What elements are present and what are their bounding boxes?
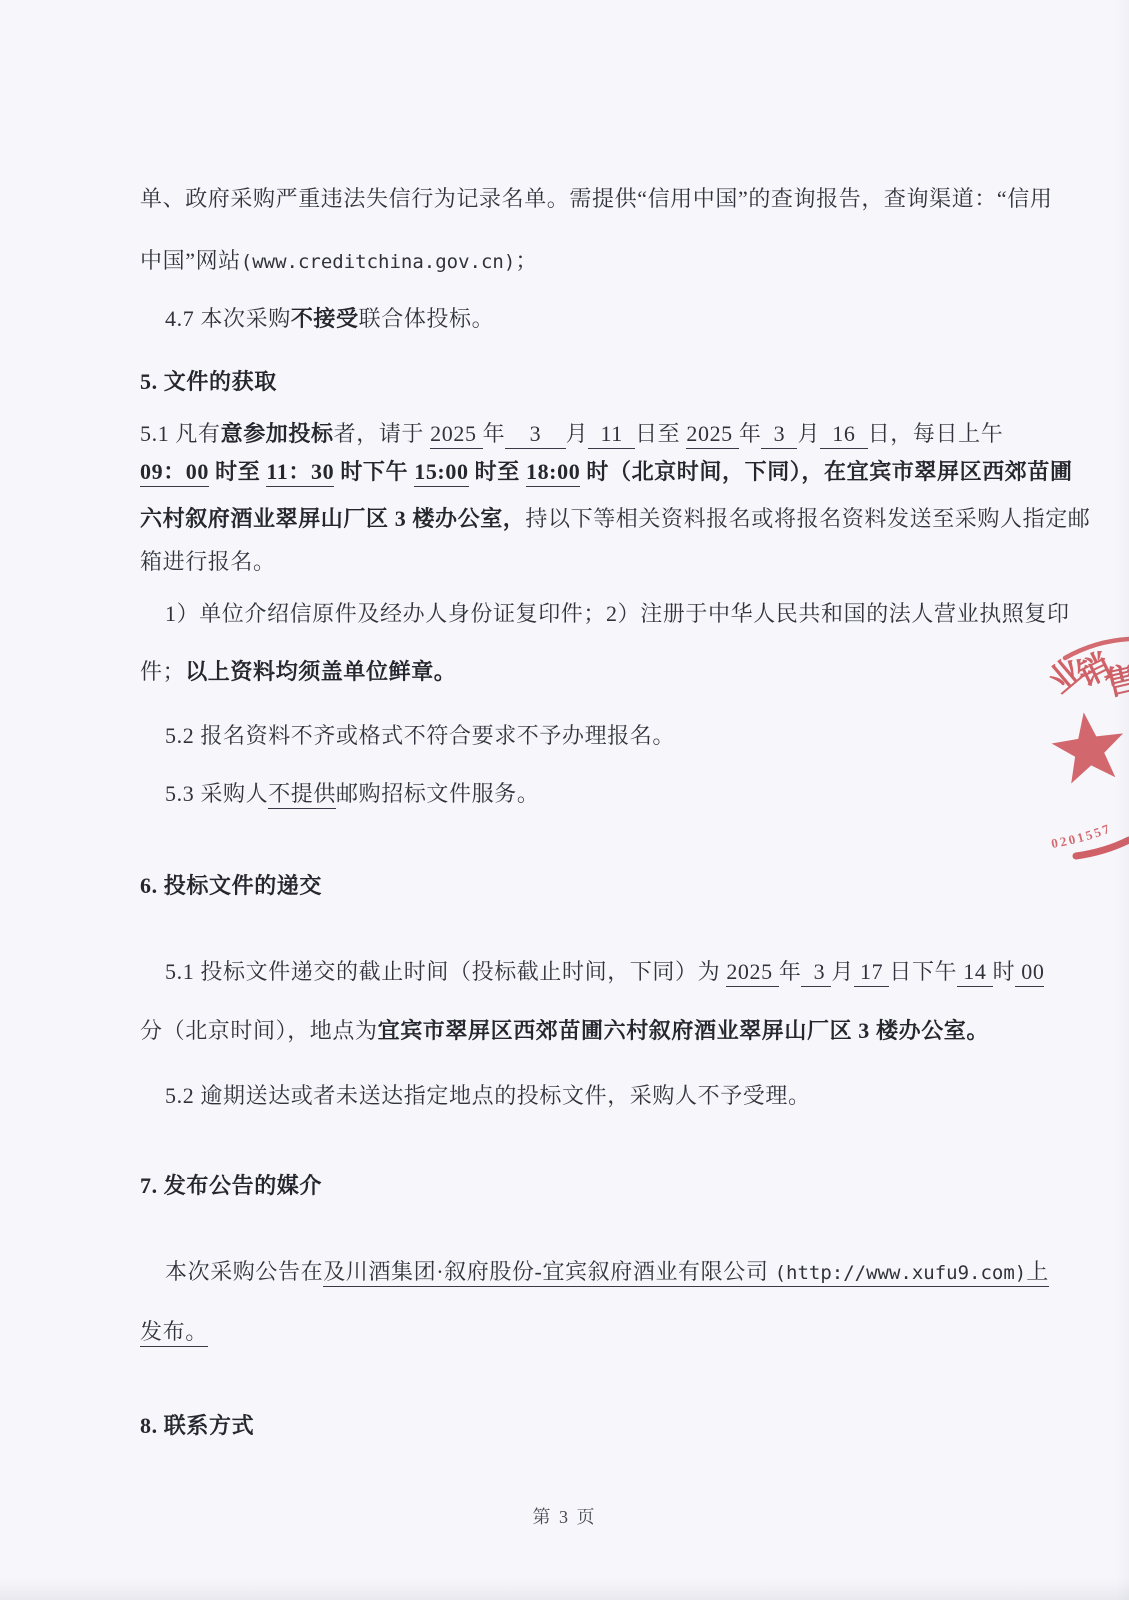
- document-line: 分（北京时间），地点为宜宾市翠屏区西郊苗圃六村叙府酒业翠屏山厂区 3 楼办公室。: [140, 1017, 989, 1045]
- stamp-top-arc: [1065, 639, 1129, 658]
- text-segment: 2025: [430, 421, 483, 449]
- stamp-star-icon: [1048, 707, 1129, 785]
- text-segment: 分（北京时间），地点为: [140, 1018, 378, 1043]
- stamp-serial: 0201557: [1050, 820, 1114, 851]
- text-segment: 不接受: [291, 306, 359, 331]
- document-line: 7. 发布公告的媒介: [140, 1172, 322, 1200]
- text-segment: 时（北京时间，下同），: [580, 459, 824, 484]
- text-segment: 持以下等相关资料报名或将报名资料发送至采购人指定邮: [525, 506, 1090, 531]
- text-segment: 联合体投标。: [359, 306, 495, 331]
- document-line: 4.7 本次采购不接受联合体投标。: [165, 305, 494, 333]
- text-segment: 在宜宾市翠屏区西郊苗圃: [824, 459, 1073, 484]
- document-line: 中国”网站(www.creditchina.gov.cn)；: [140, 247, 538, 276]
- document-line: 5. 文件的获取: [140, 368, 277, 396]
- document-page: 单、政府采购严重违法失信行为记录名单。需提供“信用中国”的查询报告，查询渠道：“…: [0, 0, 1129, 1600]
- document-line: 5.2 报名资料不齐或格式不符合要求不予办理报名。: [165, 722, 675, 750]
- text-segment: (http://www.xufu9.com): [775, 1262, 1027, 1287]
- text-segment: 日下午: [889, 959, 957, 984]
- document-line: 5.1 投标文件递交的截止时间（投标截止时间，下同）为 2025 年 3 月 1…: [165, 958, 1044, 986]
- text-segment: 年: [739, 421, 762, 446]
- text-segment: (www.creditchina.gov.cn): [241, 251, 516, 273]
- text-segment: 11：30: [266, 459, 334, 487]
- text-segment: 14: [957, 959, 992, 987]
- text-segment: 16: [820, 421, 868, 449]
- text-segment: 5. 文件的获取: [140, 369, 277, 394]
- stamp-char: 销: [1071, 647, 1117, 695]
- stamp-char: 业: [1042, 652, 1090, 701]
- document-line: 6. 投标文件的递交: [140, 872, 322, 900]
- document-line: 09：00 时至 11：30 时下午 15:00 时至 18:00 时（北京时间…: [140, 458, 1073, 486]
- text-segment: 月: [566, 421, 589, 446]
- text-segment: 时下午: [334, 459, 414, 484]
- text-segment: 六村叙府酒业翠屏山厂区 3 楼办公室，: [140, 506, 525, 531]
- text-segment: 11: [588, 421, 635, 449]
- text-segment: 日至: [635, 421, 686, 446]
- text-segment: 5.1 投标文件递交的截止时间（投标截止时间，下同）为: [165, 959, 726, 984]
- text-segment: 月: [831, 959, 854, 984]
- text-segment: 5.3 采购人: [165, 781, 268, 806]
- text-segment: 件；: [140, 659, 185, 684]
- text-segment: 15:00: [414, 459, 468, 487]
- document-line: 5.2 逾期送达或者未送达指定地点的投标文件，采购人不予受理。: [165, 1082, 811, 1110]
- text-segment: 不提供: [268, 781, 336, 809]
- document-line: 发布。: [140, 1318, 208, 1346]
- document-line: 1）单位介绍信原件及经办人身份证复印件；2）注册于中华人民共和国的法人营业执照复…: [165, 600, 1070, 628]
- text-segment: 5.2 逾期送达或者未送达指定地点的投标文件，采购人不予受理。: [165, 1083, 811, 1108]
- text-segment: 者，请于: [334, 421, 431, 446]
- red-stamp-graphic: 业 销 售 0201557: [1000, 600, 1129, 880]
- text-segment: 日，每日上午: [868, 421, 1004, 446]
- text-segment: 5.2 报名资料不齐或格式不符合要求不予办理报名。: [165, 723, 675, 748]
- document-line: 单、政府采购严重违法失信行为记录名单。需提供“信用中国”的查询报告，查询渠道：“…: [140, 185, 1053, 213]
- text-segment: 本次采购公告在: [165, 1259, 323, 1284]
- text-segment: 上: [1026, 1259, 1049, 1287]
- text-segment: 时至: [469, 459, 526, 484]
- text-segment: 单、政府采购严重违法失信行为记录名单。需提供“信用中国”的查询报告，查询渠道：“…: [140, 186, 1053, 211]
- text-segment: 宜宾市翠屏区西郊苗圃六村叙府酒业翠屏山厂区 3 楼办公室。: [378, 1018, 989, 1043]
- document-line: 件；以上资料均须盖单位鲜章。: [140, 658, 456, 686]
- text-segment: 00: [1015, 959, 1044, 987]
- text-segment: ；: [515, 248, 538, 273]
- text-segment: 及川酒集团·叙府股份-宜宾叙府酒业有限公司: [323, 1259, 774, 1287]
- document-line: 本次采购公告在及川酒集团·叙府股份-宜宾叙府酒业有限公司 (http://www…: [165, 1258, 1049, 1287]
- text-segment: 7. 发布公告的媒介: [140, 1173, 322, 1198]
- text-segment: 3: [801, 959, 831, 987]
- document-line: 箱进行报名。: [140, 548, 276, 576]
- document-line: 5.1 凡有意参加投标者，请于 2025 年 3 月 11 日至 2025 年 …: [140, 420, 1003, 448]
- text-segment: 2025: [686, 421, 739, 449]
- stamp-bottom-arc: [1076, 840, 1129, 856]
- document-line: 8. 联系方式: [140, 1412, 254, 1440]
- text-segment: 6. 投标文件的递交: [140, 873, 322, 898]
- text-segment: 3: [761, 421, 797, 449]
- document-line: 六村叙府酒业翠屏山厂区 3 楼办公室，持以下等相关资料报名或将报名资料发送至采购…: [140, 505, 1090, 533]
- text-segment: 18:00: [526, 459, 580, 487]
- text-segment: 时: [993, 959, 1016, 984]
- text-segment: 中国”网站: [140, 248, 241, 273]
- text-segment: 4.7 本次采购: [165, 306, 291, 331]
- text-segment: 17: [854, 959, 889, 987]
- document-line: 5.3 采购人不提供邮购招标文件服务。: [165, 780, 539, 808]
- text-segment: 意参加投标: [221, 421, 334, 446]
- text-segment: 8. 联系方式: [140, 1413, 254, 1438]
- text-segment: 时至: [209, 459, 266, 484]
- text-segment: 箱进行报名。: [140, 549, 276, 574]
- text-segment: 09：00: [140, 459, 209, 487]
- text-segment: 2025: [726, 959, 779, 987]
- text-segment: 3: [505, 421, 565, 449]
- red-stamp: 业 销 售 0201557: [1000, 600, 1129, 880]
- text-segment: 以上资料均须盖单位鲜章。: [185, 659, 456, 684]
- text-segment: 年: [779, 959, 802, 984]
- text-segment: 1）单位介绍信原件及经办人身份证复印件；2）注册于中华人民共和国的法人营业执照复…: [165, 601, 1070, 626]
- text-segment: 邮购招标文件服务。: [336, 781, 539, 806]
- text-segment: 年: [483, 421, 506, 446]
- stamp-char: 售: [1101, 659, 1129, 703]
- text-segment: 月: [797, 421, 820, 446]
- page-number: 第 3 页: [0, 1503, 1129, 1529]
- text-segment: 发布。: [140, 1319, 208, 1347]
- text-segment: 5.1 凡有: [140, 421, 221, 446]
